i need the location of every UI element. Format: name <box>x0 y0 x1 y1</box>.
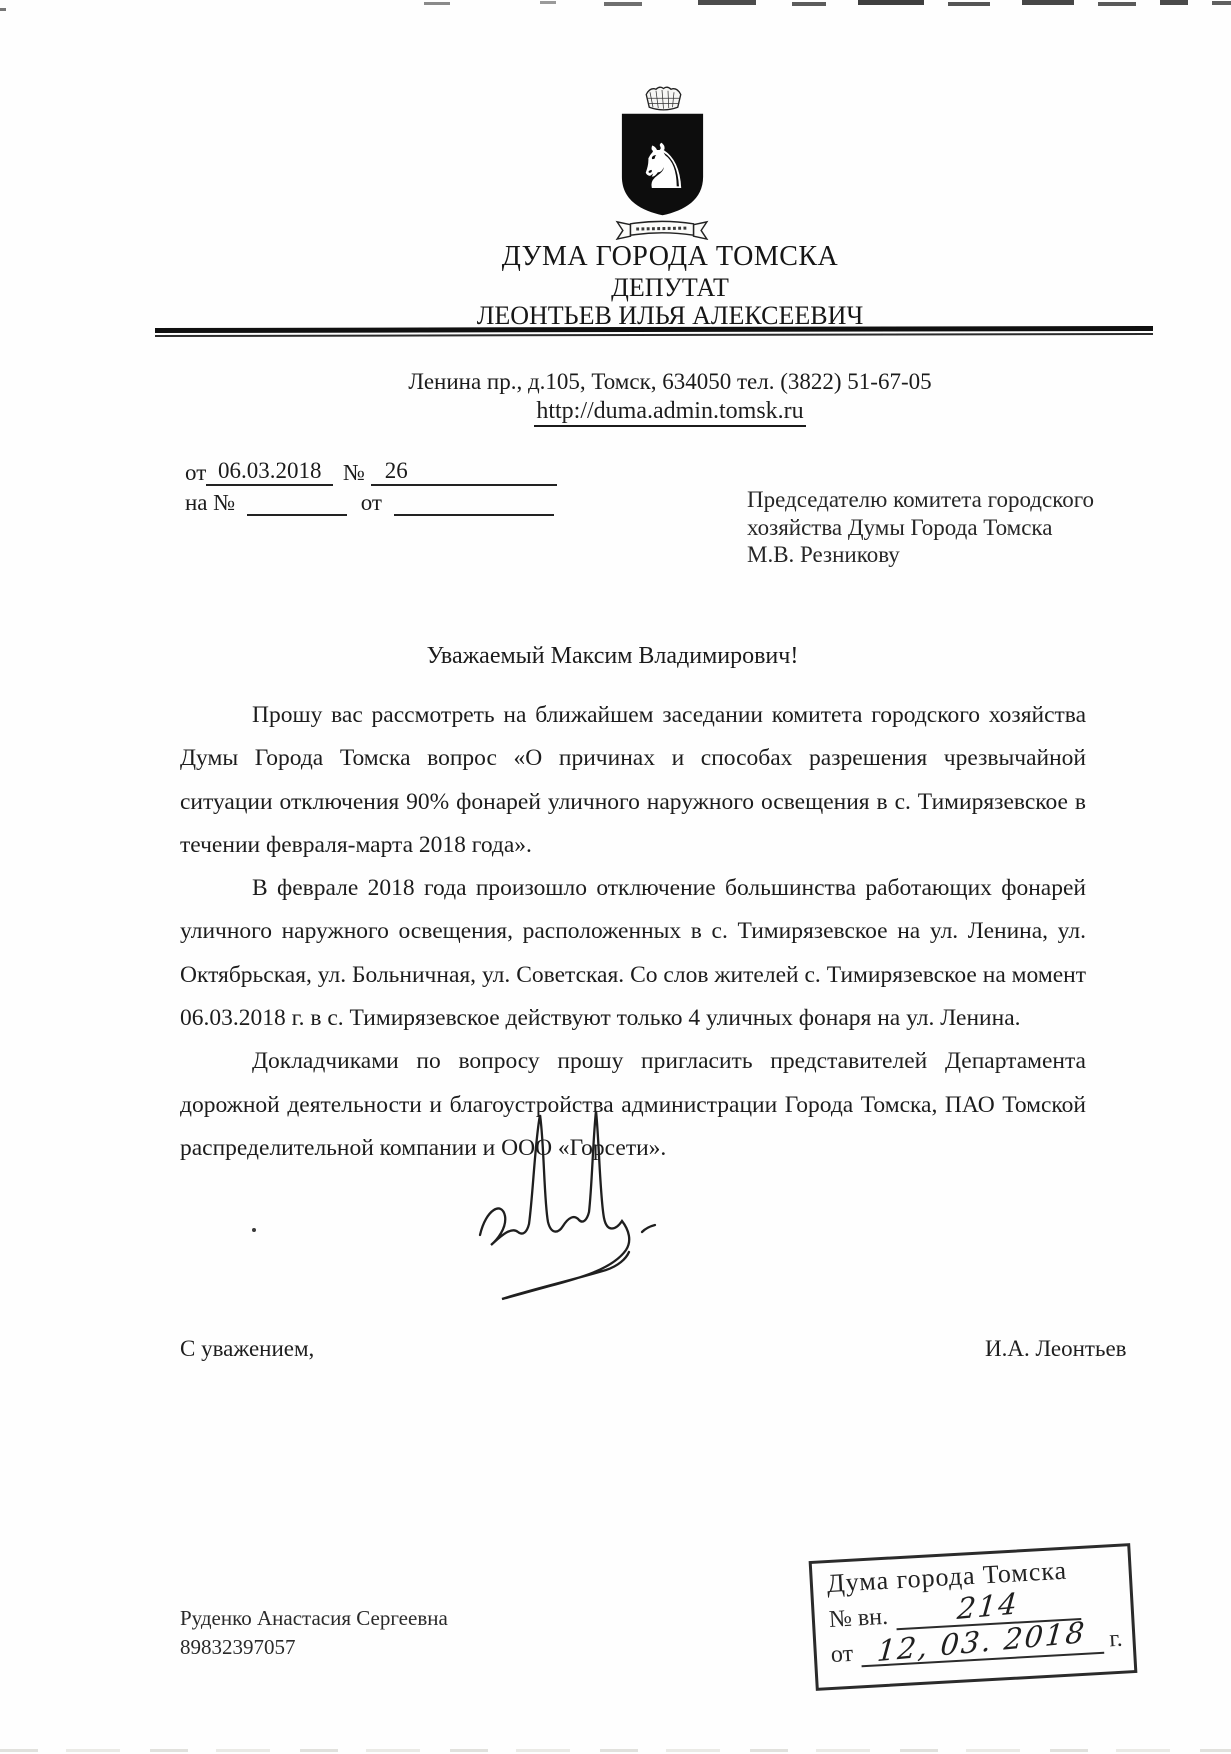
addressee-line: М.В. Резникову <box>747 541 1094 569</box>
reply-num-label: на № <box>185 490 235 515</box>
scanned-letter-page: ♞ ДУМА ГОРОДА ТОМСКА ДЕПУТАТ ЛЕОНТЬЕВ ИЛ… <box>0 0 1231 1754</box>
org-role: ДЕПУТАТ <box>285 273 1055 303</box>
addressee-line: Председателю комитета городского <box>747 486 1094 514</box>
emblem-shield: ♞ <box>619 110 706 223</box>
addressee-block: Председателю комитета городского хозяйст… <box>747 486 1094 569</box>
ink-dot-artifact <box>252 1228 256 1232</box>
ref-from-date: 06.03.2018 <box>206 458 333 486</box>
scan-noise-bottom <box>0 1749 1231 1752</box>
signer-name: И.А. Леонтьев <box>985 1336 1127 1362</box>
incoming-ref-line: на № от <box>185 490 554 516</box>
ref-num-label: № <box>343 460 365 485</box>
body-paragraph: В феврале 2018 года произошло отключение… <box>180 867 1086 1040</box>
addressee-line: хозяйства Думы Города Томска <box>747 514 1094 542</box>
stamp-year-suffix: г. <box>1109 1626 1124 1654</box>
stamp-number-label: № вн. <box>828 1604 888 1634</box>
outgoing-ref-line: от06.03.2018 № 26 <box>185 458 557 486</box>
org-address: Ленина пр., д.105, Томск, 634050 тел. (3… <box>285 369 1055 395</box>
ref-from-label: от <box>185 460 206 485</box>
org-title: ДУМА ГОРОДА ТОМСКА <box>285 241 1055 273</box>
header-rule <box>155 326 1153 337</box>
executor-name: Руденко Анастасия Сергеевна <box>180 1604 448 1633</box>
org-website: http://duma.admin.tomsk.ru <box>285 398 1055 425</box>
closing-phrase: С уважением, <box>180 1336 314 1362</box>
handwritten-signature <box>466 1083 676 1313</box>
body-paragraph: Прошу вас рассмотреть на ближайшем засед… <box>180 694 1086 867</box>
reply-from-label: от <box>361 490 382 515</box>
registration-stamp: Дума города Томска № вн. 214 от 12, 03. … <box>809 1543 1138 1691</box>
stamp-number-value: 214 <box>956 1591 1020 1621</box>
ref-num-value: 26 <box>371 458 557 486</box>
stamp-date-label: от <box>830 1641 854 1669</box>
executor-contact: Руденко Анастасия Сергеевна 89832397057 <box>180 1604 448 1662</box>
salutation: Уважаемый Максим Владимирович! <box>150 643 1075 670</box>
executor-phone: 89832397057 <box>180 1633 448 1662</box>
emblem-horse-icon: ♞ <box>636 131 691 203</box>
